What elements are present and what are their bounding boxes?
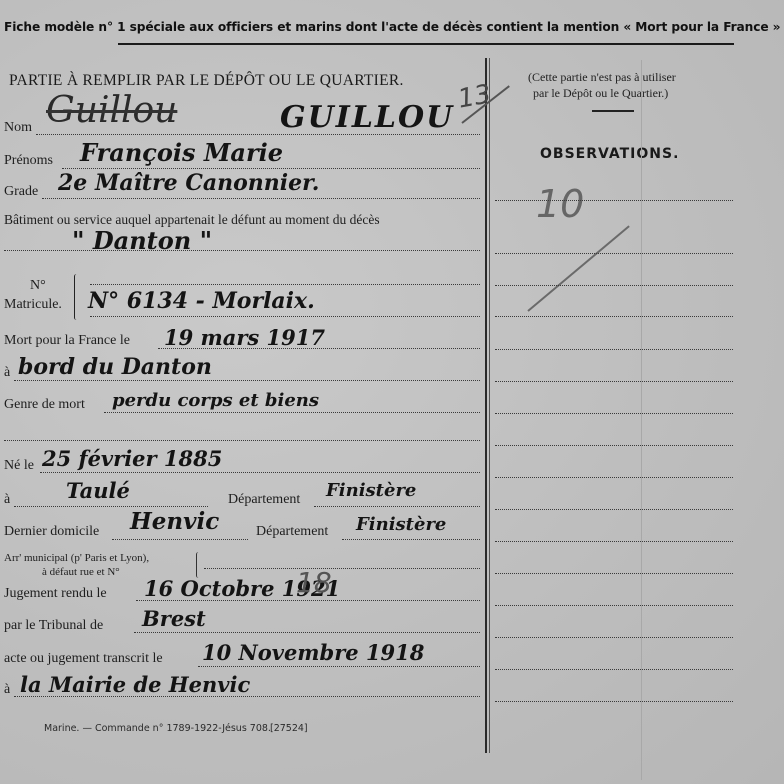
observation-line-5: [495, 349, 733, 350]
departement-naissance-value: Finistère: [326, 480, 416, 501]
observation-line-14: [495, 637, 733, 638]
lieu-transcription-label: à: [4, 682, 10, 698]
tribunal-label: par le Tribunal de: [4, 618, 103, 634]
observation-line-13: [495, 605, 733, 606]
acte-transcrit-label: acte ou jugement transcrit le: [4, 651, 163, 667]
pencil-mark-top: 13: [456, 79, 494, 114]
observation-line-6: [495, 381, 733, 382]
observation-line-8: [495, 445, 733, 446]
footer-code: [27524]: [270, 723, 308, 734]
prenoms-value: François Marie: [80, 138, 283, 167]
arrondissement-label-2: à défaut rue et N°: [42, 566, 120, 578]
document-page: Fiche modèle n° 1 spéciale aux officiers…: [0, 0, 784, 784]
observation-line-16: [495, 701, 733, 702]
departement-domicile-label: Département: [256, 524, 328, 540]
nom-label: Nom: [4, 120, 32, 136]
nom-struck-value: Guillou: [46, 90, 177, 131]
acte-transcrit-value: 10 Novembre 1918: [202, 640, 424, 665]
departement-domicile-line: [342, 539, 480, 540]
observation-line-12: [495, 573, 733, 574]
arrondissement-brace: [196, 552, 201, 578]
arrondissement-line: [204, 568, 480, 569]
dernier-domicile-line: [112, 539, 248, 540]
prenoms-line: [62, 168, 480, 169]
grade-label: Grade: [4, 184, 38, 200]
matricule-line-1: [90, 284, 480, 285]
observations-title: OBSERVATIONS.: [540, 146, 679, 162]
observation-line-10: [495, 509, 733, 510]
pencil-mark-jugement: 18: [296, 566, 332, 599]
observations-note-line1: (Cette partie n'est pas à utiliser: [528, 70, 676, 85]
nom-value: GUILLOU: [280, 100, 454, 135]
prenoms-label: Prénoms: [4, 153, 53, 169]
batiment-line: [4, 250, 480, 251]
footer-imprint: Marine. — Commande n° 1789-1922-Jésus 70…: [44, 723, 271, 734]
matricule-brace: [74, 274, 79, 320]
left-section-title: PARTIE À REMPLIR PAR LE DÉPÔT OU LE QUAR…: [9, 72, 404, 90]
matricule-label-top: N°: [30, 278, 46, 294]
column-divider: [485, 58, 487, 753]
dernier-domicile-label: Dernier domicile: [4, 524, 99, 540]
blank-line: [4, 440, 480, 441]
observation-line-11: [495, 541, 733, 542]
observation-line-15: [495, 669, 733, 670]
lieu-naissance-line: [14, 506, 208, 507]
tribunal-line: [134, 632, 480, 633]
mort-pour-la-france-label: Mort pour la France le: [4, 333, 130, 349]
genre-de-mort-label: Genre de mort: [4, 397, 85, 413]
matricule-line-2: [90, 316, 480, 317]
observation-line-9: [495, 477, 733, 478]
departement-naissance-label: Département: [228, 492, 300, 508]
observation-line-3: [495, 285, 733, 286]
lieu-naissance-label: à: [4, 492, 10, 508]
observations-rule: [592, 110, 634, 112]
grade-line: [42, 198, 480, 199]
grade-value: 2e Maître Canonnier.: [58, 170, 319, 196]
lieu-naissance-value: Taulé: [66, 478, 130, 503]
genre-de-mort-value: perdu corps et biens: [112, 390, 319, 411]
matricule-value: N° 6134 - Morlaix.: [88, 288, 315, 314]
lieu-transcription-value: la Mairie de Henvic: [20, 672, 250, 697]
dernier-domicile-value: Henvic: [130, 508, 219, 535]
lieu-deces-value: bord du Danton: [18, 354, 212, 380]
pencil-slash-observations: [527, 225, 629, 311]
observation-line-4: [495, 316, 733, 317]
observation-line-7: [495, 413, 733, 414]
departement-naissance-line: [314, 506, 480, 507]
genre-de-mort-line: [104, 412, 480, 413]
jugement-rendu-label: Jugement rendu le: [4, 586, 107, 602]
observation-line-2: [495, 253, 733, 254]
form-header-title: Fiche modèle n° 1 spéciale aux officiers…: [4, 20, 780, 34]
observations-note-line2: par le Dépôt ou le Quartier.): [533, 86, 668, 101]
arrondissement-label-1: Arr' municipal (p' Paris et Lyon),: [4, 552, 149, 564]
ne-le-label: Né le: [4, 458, 34, 474]
departement-domicile-value: Finistère: [356, 514, 446, 535]
observation-line-1: [495, 200, 733, 201]
header-underline: [118, 43, 734, 45]
paper-fold: [641, 60, 642, 780]
acte-transcrit-line: [198, 666, 480, 667]
lieu-deces-line: [14, 380, 480, 381]
pencil-mark-observations: 10: [536, 182, 584, 226]
mort-pour-la-france-value: 19 mars 1917: [164, 325, 325, 350]
lieu-deces-label: à: [4, 365, 10, 381]
column-divider-inner: [489, 58, 490, 753]
tribunal-value: Brest: [142, 606, 206, 631]
ne-le-value: 25 février 1885: [42, 446, 222, 471]
ne-le-line: [40, 472, 480, 473]
matricule-label: Matricule.: [4, 297, 62, 313]
